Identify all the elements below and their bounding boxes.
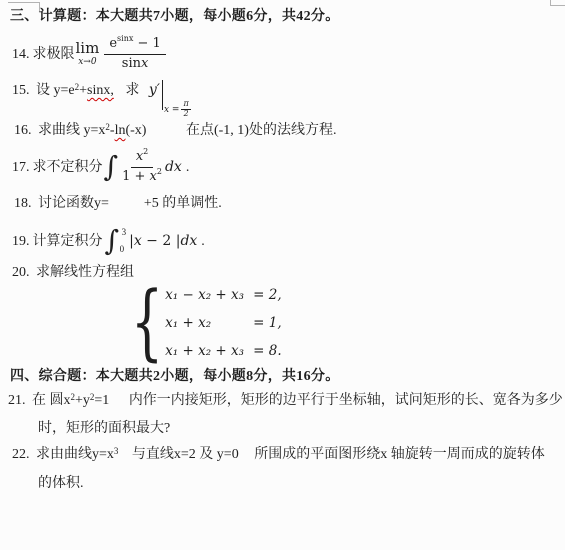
question-22-number: 22. [12, 447, 30, 462]
definite-integral: ∫ 3 0 [105, 226, 120, 256]
section-3-header: 三、计算题：本大题共7小题，每小题6分，共42分。 [10, 7, 340, 26]
fraction-denominator: 1 + x2 [122, 168, 162, 185]
question-18: 18. 讨论函数y= +5 的单调性. [14, 194, 222, 213]
exam-page: { "colors":{"text":"#1f1f1f","wavy_under… [0, 0, 565, 550]
linear-system: { x₁ − x₂ + x₃= 2, x₁ + x₂= 1, x₁ + x₂ +… [121, 281, 282, 365]
question-19-text: 计算定积分 [33, 232, 103, 251]
fraction-denominator: sinx [122, 55, 149, 72]
y-prime: y′ [149, 82, 160, 98]
question-22-line-2: 的体积. [38, 474, 84, 493]
question-21-line-2: 时，矩形的面积最大? [38, 419, 170, 438]
dx-differential: dx [165, 158, 182, 177]
question-16-tail-text: 在点(-1, 1)处的法线方程. [186, 123, 337, 138]
limit-operator: lim x→0 [76, 41, 100, 67]
question-21-number: 21. [8, 393, 26, 408]
question-21-line-1: 21. 在 圆x2+y2=1 内作一内接矩形，矩形的边平行于坐标轴，试问矩形的长… [8, 391, 563, 410]
fraction-numerator: x2 [131, 149, 153, 167]
question-22-line-1: 22. 求由曲线y=x3 与直线x=2 及 y=0 所围成的平面图形绕x 轴旋转… [12, 445, 545, 464]
q22-lines-text: 与直线x=2 及 y=0 [132, 447, 239, 462]
question-19: 19. 计算定积分 ∫ 3 0 |x − 2 |dx . [12, 223, 205, 259]
fraction-numerator: esinx − 1 [104, 36, 165, 54]
question-22-text: 求由曲线y=x [36, 447, 114, 462]
question-17-text: 求不定积分 [33, 158, 103, 177]
question-18-tail-text: +5 的单调性. [144, 196, 222, 211]
question-18-number: 18. [14, 196, 32, 211]
q16-ln-misspelled: ln [115, 123, 126, 138]
question-14-text: 求极限 [33, 45, 75, 64]
equation-3-rhs: = 8. [253, 337, 281, 365]
question-15: 15. 设 y=e2+sinx, 求 y′x =π2 [12, 80, 191, 120]
q16-formula-head: y=x [84, 123, 106, 138]
evaluation-bar [162, 80, 163, 110]
question-14: 14. 求极限 lim x→0 esinx − 1 sinx [12, 31, 169, 77]
question-17: 17. 求不定积分 ∫ x2 1 + x2 dx . [12, 146, 189, 188]
system-equations: x₁ − x₂ + x₃= 2, x₁ + x₂= 1, x₁ + x₂ + x… [165, 281, 281, 365]
q17-period: . [186, 158, 190, 177]
equation-2-lhs: x₁ + x₂ [165, 309, 253, 337]
fraction-e-sinx: esinx − 1 sinx [104, 36, 165, 72]
q21-plus-y: +y [75, 393, 90, 408]
integral-sign: ∫ [104, 152, 119, 182]
question-16-text: 求曲线 [38, 123, 80, 138]
q22-exponent: 3 [114, 446, 119, 456]
question-15-text: 设 [36, 83, 50, 98]
question-19-number: 19. [12, 232, 30, 251]
q15-ask-text: 求 [125, 83, 139, 98]
equation-1-rhs: = 2, [253, 281, 281, 309]
absolute-value-expression: |x − 2 |dx [129, 232, 197, 251]
system-brace: { [131, 283, 163, 363]
equation-1-lhs: x₁ − x₂ + x₃ [165, 281, 253, 309]
question-15-number: 15. [12, 83, 30, 98]
question-14-number: 14. [12, 45, 30, 64]
evaluation-subscript: x =π2 [164, 105, 191, 115]
question-20: 20. 求解线性方程组 [12, 263, 134, 282]
fraction-x2-over-1px2: x2 1 + x2 [122, 149, 162, 185]
pi-over-2: π2 [181, 100, 190, 119]
q16-formula-tail: (-x) [125, 123, 146, 138]
q19-period: . [201, 232, 205, 251]
q15-sinx-misspelled: sinx, [87, 83, 114, 98]
section-4-header: 四、综合题：本大题共2小题，每小题8分，共16分。 [10, 367, 340, 386]
q21-equals-1: =1 [94, 393, 109, 408]
equation-3-lhs: x₁ + x₂ + x₃ [165, 337, 253, 365]
question-21-tail-text: 内作一内接矩形，矩形的边平行于坐标轴，试问矩形的长、宽各为多少 [129, 393, 563, 408]
question-18-text: 讨论函数y= [38, 196, 109, 211]
question-22-tail-text: 所围成的平面图形绕x 轴旋转一周而成的旋转体 [254, 447, 545, 462]
integral-lower-limit: 0 [120, 240, 125, 259]
question-21-text: 在 圆x [32, 393, 71, 408]
integral-sign: ∫ [105, 224, 120, 257]
table-corner-mark-right [550, 0, 565, 6]
question-16: 16. 求曲线 y=x2-ln(-x) 在点(-1, 1)处的法线方程. [14, 121, 336, 140]
equation-2-rhs: = 1, [253, 309, 281, 337]
q15-formula-head: y=e [54, 83, 75, 98]
q15-plus: + [79, 83, 87, 98]
question-17-number: 17. [12, 158, 30, 177]
question-20-text: 求解线性方程组 [36, 265, 134, 280]
question-16-number: 16. [14, 123, 32, 138]
question-20-number: 20. [12, 265, 30, 280]
